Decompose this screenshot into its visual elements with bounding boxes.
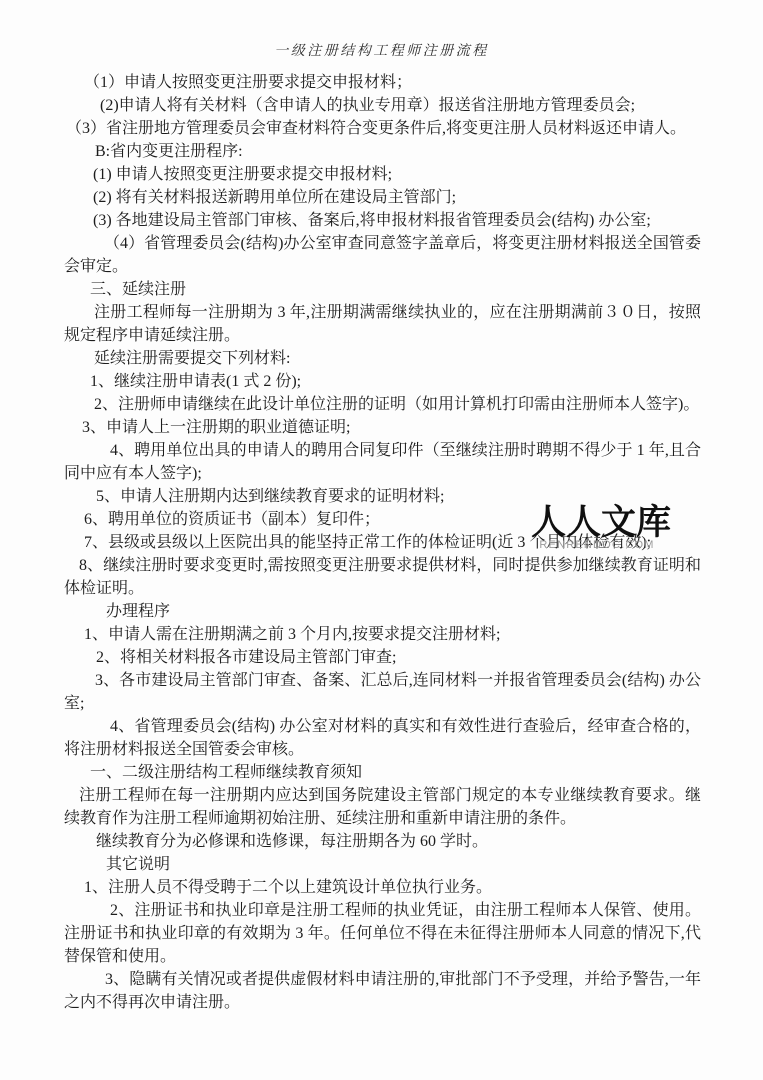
paragraph: 5、申请人注册期内达到继续教育要求的证明材料; xyxy=(64,485,701,508)
paragraph: 3、隐瞒有关情况或者提供虚假材料申请注册的,审批部门不予受理，并给予警告,一年之… xyxy=(64,968,701,1014)
paragraph: 1、继续注册申请表(1 式 2 份); xyxy=(64,370,701,393)
paragraph: (3) 各地建设局主管部门审核、备案后,将申报材料报省管理委员会(结构) 办公室… xyxy=(64,209,701,232)
paragraph: （4）省管理委员会(结构)办公室审查同意签字盖章后，将变更注册材料报送全国管委会… xyxy=(64,232,701,278)
paragraph: 4、省管理委员会(结构) 办公室对材料的真实和有效性进行查验后，经审查合格的，将… xyxy=(64,715,701,761)
document-title: 一级注册结构工程师注册流程 xyxy=(0,0,763,60)
paragraph: 3、申请人上一注册期的职业道德证明; xyxy=(64,416,701,439)
paragraph: （3）省注册地方管理委员会审查材料符合变更条件后,将变更注册人员材料返还申请人。 xyxy=(64,117,701,140)
paragraph: 一、二级注册结构工程师继续教育须知 xyxy=(64,761,701,784)
paragraph: 1、申请人需在注册期满之前 3 个月内,按要求提交注册材料; xyxy=(64,623,701,646)
document-page: 一级注册结构工程师注册流程 （1）申请人按照变更注册要求提交申报材料；(2)申请… xyxy=(0,0,763,1080)
paragraph: (2)申请人将有关材料（含申请人的执业专用章）报送省注册地方管理委员会; xyxy=(64,94,701,117)
paragraph: 办理程序 xyxy=(64,600,701,623)
paragraph: B:省内变更注册程序: xyxy=(64,140,701,163)
paragraph: （1）申请人按照变更注册要求提交申报材料； xyxy=(64,71,701,94)
paragraph: 注册工程师每一注册期为 3 年,注册期满需继续执业的，应在注册期满前３０日，按照… xyxy=(64,301,701,347)
paragraph: 延续注册需要提交下列材料: xyxy=(64,347,701,370)
paragraph: 6、聘用单位的资质证书（副本）复印件； xyxy=(64,508,701,531)
paragraph: 2、将相关材料报各市建设局主管部门审查; xyxy=(64,646,701,669)
paragraph: 2、注册证书和执业印章是注册工程师的执业凭证，由注册工程师本人保管、使用。注册证… xyxy=(64,899,701,968)
paragraph: 4、聘用单位出具的申请人的聘用合同复印件（至继续注册时聘期不得少于 1 年,且合… xyxy=(64,439,701,485)
document-body: （1）申请人按照变更注册要求提交申报材料；(2)申请人将有关材料（含申请人的执业… xyxy=(64,71,701,1014)
paragraph: 2、注册师申请继续在此设计单位注册的证明（如用计算机打印需由注册师本人签字)。 xyxy=(64,393,701,416)
paragraph: 三、延续注册 xyxy=(64,278,701,301)
paragraph: 8、继续注册时要求变更时,需按照变更注册要求提供材料，同时提供参加继续教育证明和… xyxy=(64,554,701,600)
paragraph: 注册工程师在每一注册期内应达到国务院建设主管部门规定的本专业继续教育要求。继续教… xyxy=(64,784,701,830)
paragraph: (2) 将有关材料报送新聘用单位所在建设局主管部门; xyxy=(64,186,701,209)
paragraph: (1) 申请人按照变更注册要求提交申报材料; xyxy=(64,163,701,186)
paragraph: 其它说明 xyxy=(64,853,701,876)
paragraph: 3、各市建设局主管部门审查、备案、汇总后,连同材料一并报省管理委员会(结构) 办… xyxy=(64,669,701,715)
paragraph: 继续教育分为必修课和选修课，每注册期各为 60 学时。 xyxy=(64,830,701,853)
paragraph: 1、注册人员不得受聘于二个以上建筑设计单位执行业务。 xyxy=(64,876,701,899)
paragraph: 7、县级或县级以上医院出具的能坚持正常工作的体检证明(近 3 个月内体检有效); xyxy=(64,531,701,554)
